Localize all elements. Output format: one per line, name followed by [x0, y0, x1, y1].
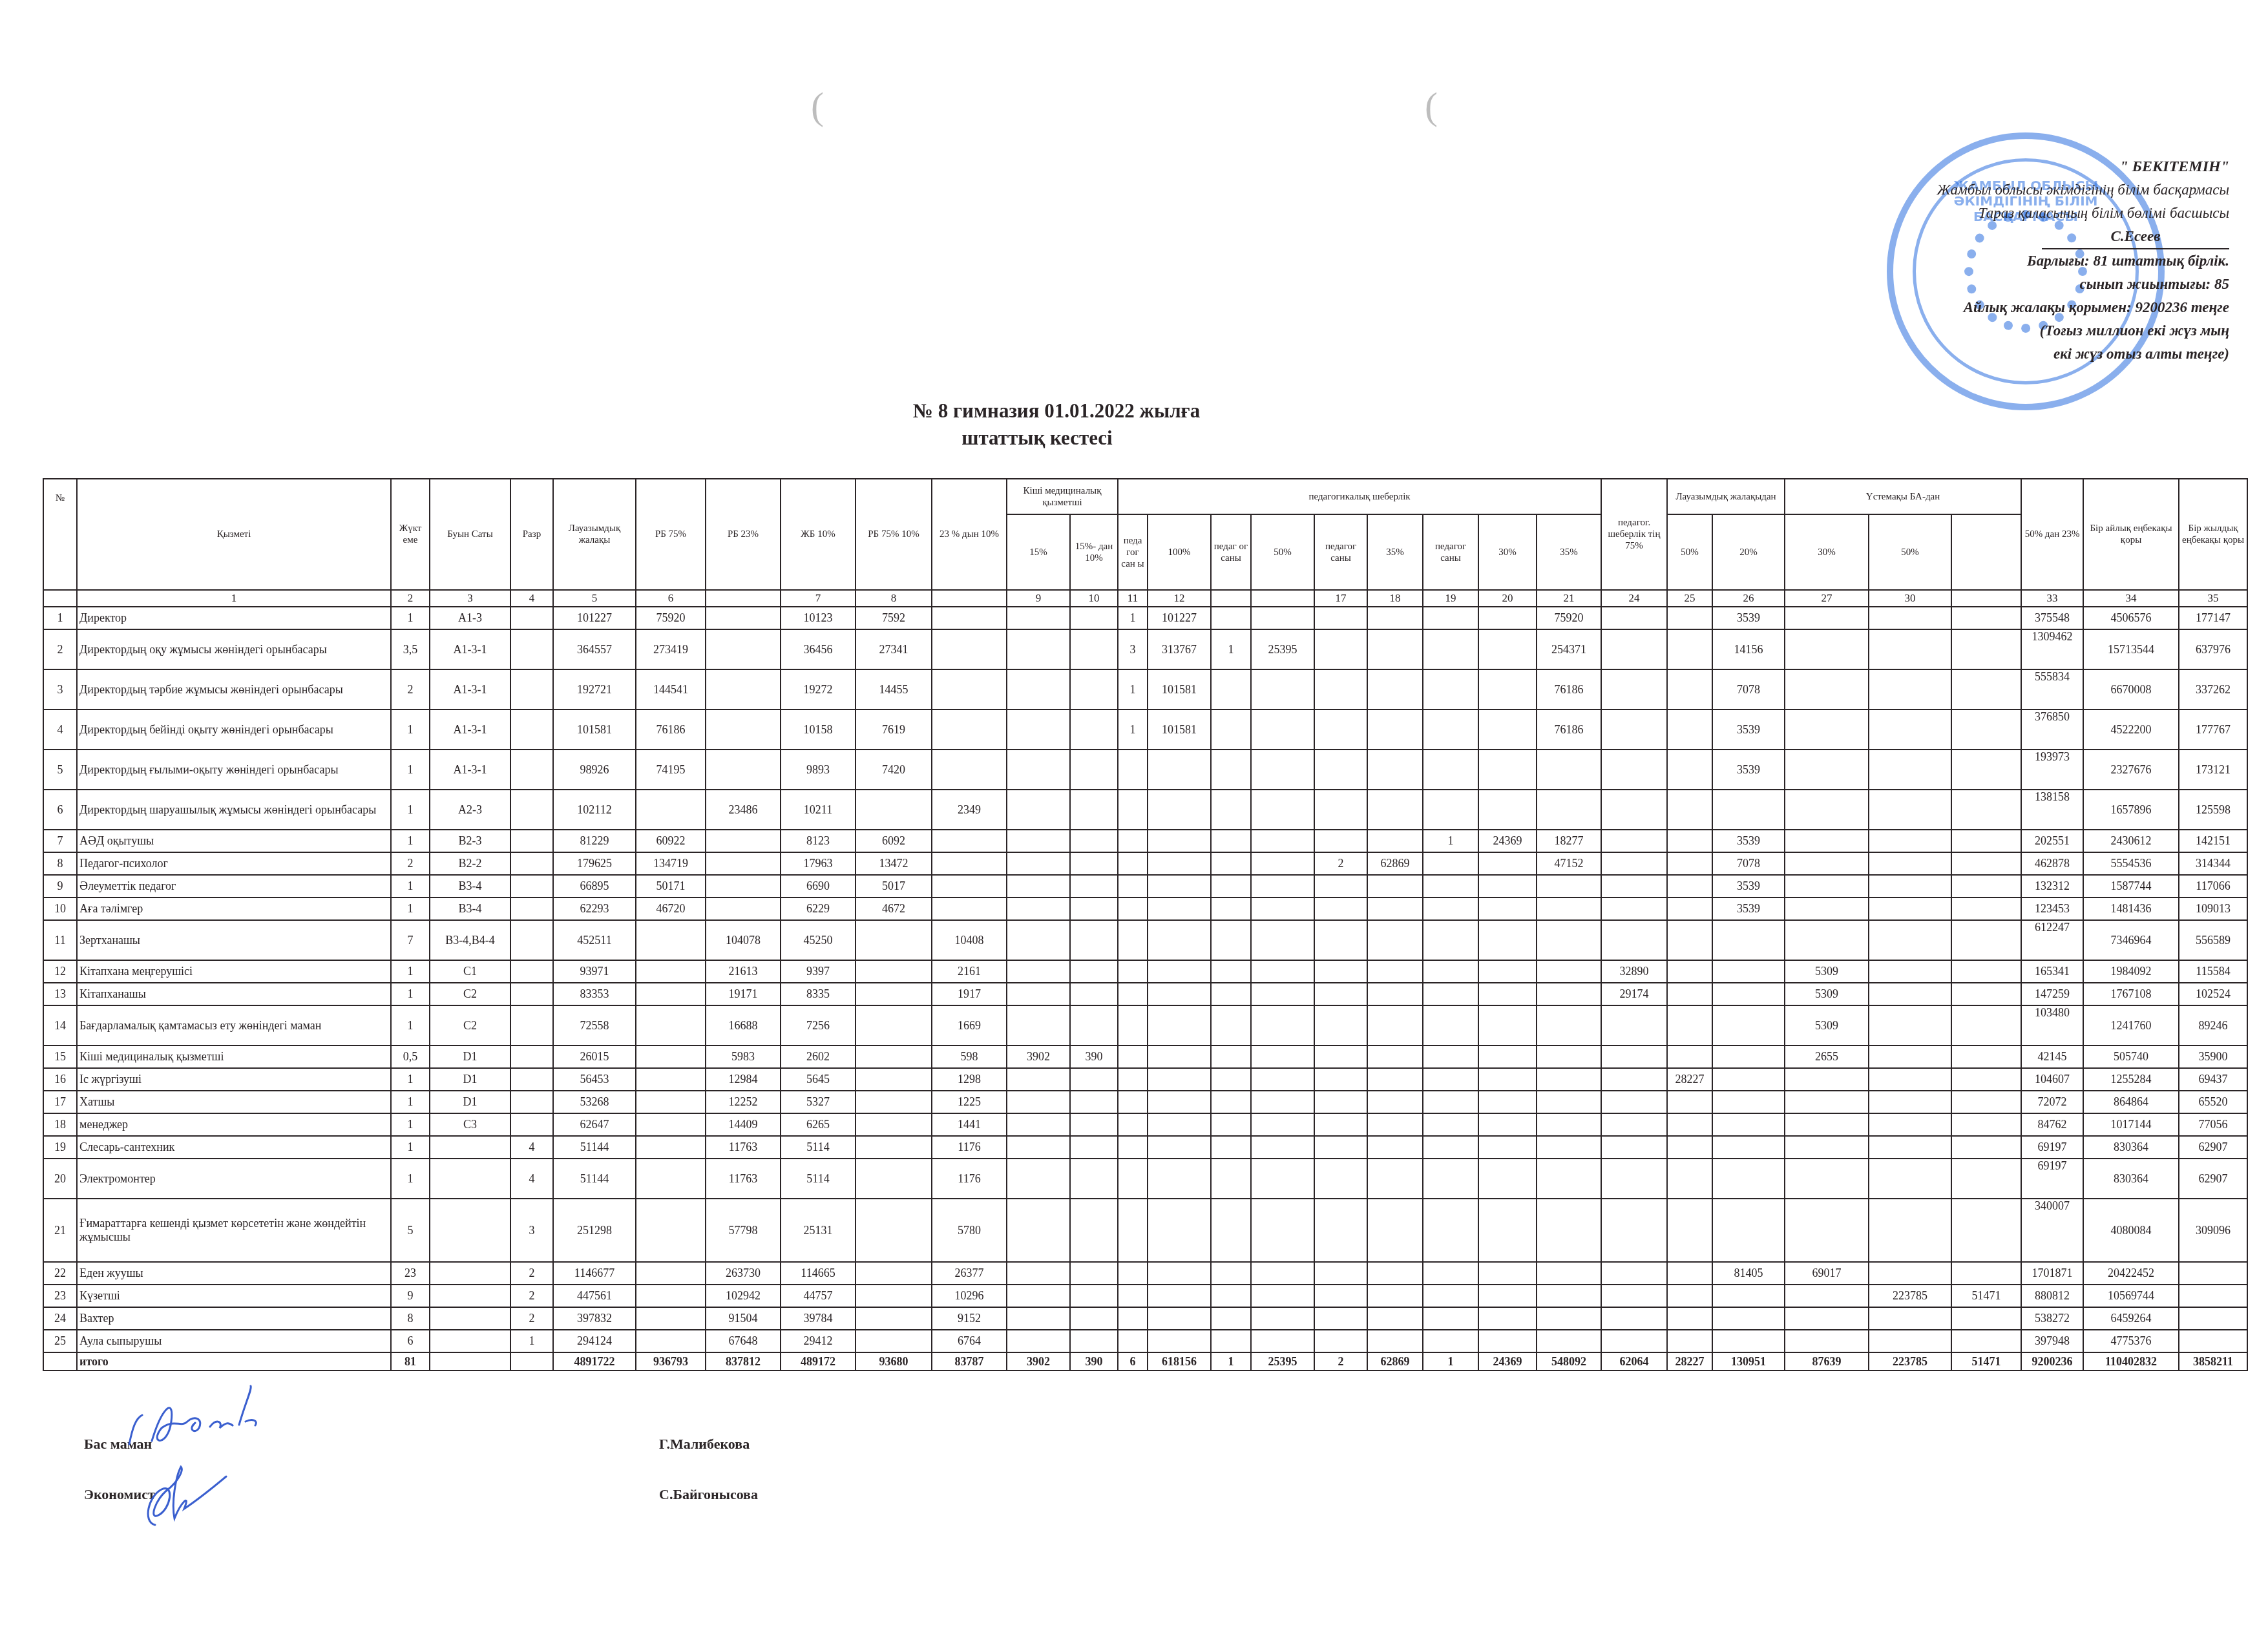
cell-salary: 102112	[553, 790, 636, 830]
cell-b30	[1785, 920, 1869, 960]
cell-pm35	[1367, 983, 1423, 1005]
cell-p23-10: 1176	[932, 1136, 1007, 1159]
cell-grade-step: С3	[430, 1113, 510, 1136]
total-from50-23: 51471	[1951, 1352, 2021, 1371]
cell-rb75-10	[856, 1330, 932, 1352]
cell-ped-count-d	[1423, 1136, 1478, 1159]
cell-monthly-fund: 612247	[2021, 920, 2083, 960]
cell-jm15	[1007, 750, 1070, 790]
total-pm100: 618156	[1148, 1352, 1211, 1371]
cell-b20	[1712, 1159, 1785, 1199]
cell-rank	[510, 983, 553, 1005]
cell-ped-count-a: 1	[1118, 669, 1148, 709]
cell-jb10: 6229	[781, 898, 856, 920]
cell-p23-10	[932, 750, 1007, 790]
cell-pm35	[1367, 1330, 1423, 1352]
cell-grade-step: D1	[430, 1091, 510, 1113]
table-row: 4Директордың бейінді оқыту жөніндегі оры…	[43, 709, 2247, 750]
cell-rank	[510, 898, 553, 920]
cell-pm50	[1251, 709, 1314, 750]
cell-from50-23	[1951, 920, 2021, 960]
cell-ped-count-b	[1211, 960, 1251, 983]
cell-ped-count-a	[1118, 898, 1148, 920]
cell-pm100	[1148, 852, 1211, 875]
cell-b30	[1785, 1113, 1869, 1136]
cell-annual-fund: 2430612	[2083, 830, 2179, 852]
cell-pm50	[1251, 669, 1314, 709]
cell-ps50	[1667, 830, 1712, 852]
table-row: 11Зертханашы7В3-4,В4-4452511104078452501…	[43, 920, 2247, 960]
cell-ped-count-d	[1423, 1307, 1478, 1330]
cell-no: 12	[43, 960, 77, 983]
cell-ped-count-c	[1314, 960, 1367, 983]
cell-ped-count-a	[1118, 830, 1148, 852]
table-row: 2Директордың оқу жұмысы жөніндегі орынба…	[43, 629, 2247, 669]
cell-p23-10	[932, 830, 1007, 852]
staffing-table: № Қызметі Жүкт еме Буын Саты Разр Лауазы…	[43, 478, 2248, 1371]
cell-load: 1	[391, 875, 430, 898]
cell-b20	[1712, 983, 1785, 1005]
cell-pm50	[1251, 920, 1314, 960]
table-body: 1234567891011121718192021242526273033343…	[43, 590, 2247, 1371]
cell-pm30	[1478, 852, 1537, 875]
col-header-rb23: РБ 23%	[706, 479, 781, 590]
cell-ps50	[1667, 790, 1712, 830]
column-number-cell	[1211, 590, 1251, 607]
cell-grade-step	[430, 1159, 510, 1199]
cell-ped-count-d	[1423, 790, 1478, 830]
column-number-cell: 9	[1007, 590, 1070, 607]
cell-from50-23	[1951, 1262, 2021, 1285]
cell-compensation: 309096	[2179, 1199, 2247, 1262]
cell-grade-step: С1	[430, 960, 510, 983]
cell-pm35	[1367, 1159, 1423, 1199]
cell-ps50	[1667, 750, 1712, 790]
cell-ped-count-a	[1118, 1136, 1148, 1159]
cell-rb23	[706, 875, 781, 898]
cell-ps35	[1601, 1159, 1667, 1199]
cell-ped-count-c	[1314, 1285, 1367, 1307]
table-row: 16Іс жүргізуші1D156453129845645129828227…	[43, 1068, 2247, 1091]
col-header-b20: 20%	[1712, 514, 1785, 590]
cell-from50-23	[1951, 983, 2021, 1005]
total-ped-count-b: 1	[1211, 1352, 1251, 1371]
cell-b20	[1712, 790, 1785, 830]
approval-line: Жамбыл облысы әкімдігінің білім басқарма…	[1777, 178, 2229, 202]
column-number-cell: 24	[1601, 590, 1667, 607]
cell-b50	[1869, 1307, 1951, 1330]
cell-p23-10: 26377	[932, 1262, 1007, 1285]
cell-ped-count-c	[1314, 830, 1367, 852]
cell-rank	[510, 960, 553, 983]
cell-grade-step: А1-3-1	[430, 669, 510, 709]
cell-ps35	[1601, 750, 1667, 790]
cell-pm50	[1251, 898, 1314, 920]
cell-rb23: 21613	[706, 960, 781, 983]
cell-annual-fund: 2327676	[2083, 750, 2179, 790]
cell-b30	[1785, 852, 1869, 875]
cell-rank: 2	[510, 1285, 553, 1307]
cell-pm100	[1148, 1005, 1211, 1045]
cell-load: 2	[391, 669, 430, 709]
cell-jb10: 10158	[781, 709, 856, 750]
cell-ps50	[1667, 1307, 1712, 1330]
cell-ps35	[1601, 898, 1667, 920]
cell-ps50	[1667, 1045, 1712, 1068]
cell-load: 6	[391, 1330, 430, 1352]
cell-ps35	[1601, 1091, 1667, 1113]
cell-salary: 56453	[553, 1068, 636, 1091]
cell-no: 1	[43, 607, 77, 629]
cell-pm100	[1148, 875, 1211, 898]
cell-b20	[1712, 1113, 1785, 1136]
table-row: 7АӘД оқытушы1В2-381229609228123609212436…	[43, 830, 2247, 852]
cell-ped75	[1537, 1199, 1601, 1262]
cell-ps50	[1667, 920, 1712, 960]
cell-rb75: 76186	[636, 709, 706, 750]
cell-b50	[1869, 1068, 1951, 1091]
cell-monthly-fund: 376850	[2021, 709, 2083, 750]
cell-rb75-10	[856, 1136, 932, 1159]
cell-jm15-10	[1070, 750, 1118, 790]
cell-no: 21	[43, 1199, 77, 1262]
cell-jb10: 19272	[781, 669, 856, 709]
cell-from50-23	[1951, 1199, 2021, 1262]
cell-jm15	[1007, 1068, 1070, 1091]
cell-annual-fund: 864864	[2083, 1091, 2179, 1113]
cell-b20: 14156	[1712, 629, 1785, 669]
cell-ps35	[1601, 1045, 1667, 1068]
cell-ped75: 76186	[1537, 669, 1601, 709]
table-row: 24Вахтер82397832915043978491525382726459…	[43, 1307, 2247, 1330]
cell-ped-count-a	[1118, 1285, 1148, 1307]
cell-jm15	[1007, 1199, 1070, 1262]
cell-ped-count-a	[1118, 1068, 1148, 1091]
total-jm15-10: 390	[1070, 1352, 1118, 1371]
cell-p23-10: 1225	[932, 1091, 1007, 1113]
cell-jb10: 29412	[781, 1330, 856, 1352]
cell-ped-count-b	[1211, 1262, 1251, 1285]
total-load: 81	[391, 1352, 430, 1371]
cell-b30	[1785, 709, 1869, 750]
cell-ps50	[1667, 1159, 1712, 1199]
cell-ped-count-b	[1211, 709, 1251, 750]
cell-jb10: 5327	[781, 1091, 856, 1113]
cell-ped-count-c	[1314, 920, 1367, 960]
cell-jm15	[1007, 1136, 1070, 1159]
cell-position: Слесарь-сантехник	[77, 1136, 391, 1159]
cell-ped75	[1537, 790, 1601, 830]
cell-grade-step: А1-3-1	[430, 629, 510, 669]
cell-rank	[510, 750, 553, 790]
cell-jm15	[1007, 709, 1070, 750]
cell-jb10: 10211	[781, 790, 856, 830]
cell-pm50	[1251, 1330, 1314, 1352]
cell-ps50	[1667, 1113, 1712, 1136]
col-header-pm35: 35%	[1367, 514, 1423, 590]
cell-jb10: 2602	[781, 1045, 856, 1068]
cell-ped-count-a	[1118, 1262, 1148, 1285]
cell-ps35	[1601, 607, 1667, 629]
cell-monthly-fund: 555834	[2021, 669, 2083, 709]
cell-ps35	[1601, 852, 1667, 875]
total-jm15: 3902	[1007, 1352, 1070, 1371]
cell-pm50	[1251, 1045, 1314, 1068]
total-rank	[510, 1352, 553, 1371]
total-jb10: 489172	[781, 1352, 856, 1371]
cell-ped-count-d	[1423, 607, 1478, 629]
cell-ped-count-c	[1314, 607, 1367, 629]
cell-rb75: 50171	[636, 875, 706, 898]
cell-load: 1	[391, 790, 430, 830]
cell-position: Вахтер	[77, 1307, 391, 1330]
cell-jb10: 5114	[781, 1159, 856, 1199]
total-no	[43, 1352, 77, 1371]
total-b30: 87639	[1785, 1352, 1869, 1371]
cell-salary: 51144	[553, 1159, 636, 1199]
cell-rb75	[636, 1068, 706, 1091]
total-ps35: 62064	[1601, 1352, 1667, 1371]
cell-p23-10: 9152	[932, 1307, 1007, 1330]
cell-annual-fund: 6670008	[2083, 669, 2179, 709]
cell-from50-23	[1951, 1068, 2021, 1091]
cell-rb75	[636, 1330, 706, 1352]
cell-b50	[1869, 607, 1951, 629]
cell-ped75	[1537, 1136, 1601, 1159]
cell-from50-23	[1951, 790, 2021, 830]
cell-b50	[1869, 790, 1951, 830]
cell-pm50	[1251, 1068, 1314, 1091]
cell-rb75-10	[856, 920, 932, 960]
cell-jm15-10	[1070, 1068, 1118, 1091]
cell-ped-count-d	[1423, 1199, 1478, 1262]
cell-pm30	[1478, 790, 1537, 830]
table-row: 22Еден жуушы2321146677263730114665263778…	[43, 1262, 2247, 1285]
cell-pm30	[1478, 1005, 1537, 1045]
cell-jm15-10	[1070, 607, 1118, 629]
cell-jm15	[1007, 790, 1070, 830]
cell-ped-count-d	[1423, 629, 1478, 669]
cell-grade-step: D1	[430, 1068, 510, 1091]
cell-b30: 5309	[1785, 983, 1869, 1005]
cell-jm15	[1007, 669, 1070, 709]
cell-grade-step	[430, 1330, 510, 1352]
cell-annual-fund: 505740	[2083, 1045, 2179, 1068]
cell-position: Бағдарламалық қамтамасыз ету жөніндегі м…	[77, 1005, 391, 1045]
cell-ped-count-b	[1211, 669, 1251, 709]
cell-p23-10: 1176	[932, 1159, 1007, 1199]
cell-ped-count-b	[1211, 790, 1251, 830]
column-number-cell: 7	[781, 590, 856, 607]
cell-rank	[510, 607, 553, 629]
cell-b50	[1869, 898, 1951, 920]
cell-ped75	[1537, 1091, 1601, 1113]
cell-jm15	[1007, 1262, 1070, 1285]
cell-position: Педагог-психолог	[77, 852, 391, 875]
cell-rb23	[706, 607, 781, 629]
cell-ped-count-b	[1211, 1307, 1251, 1330]
cell-pm35	[1367, 709, 1423, 750]
cell-pm100: 313767	[1148, 629, 1211, 669]
col-group-position-salary: Лауазымдық жалақыдан	[1667, 479, 1785, 514]
cell-monthly-fund: 147259	[2021, 983, 2083, 1005]
col-group-ped-mastery: педагогикалық шеберлік	[1118, 479, 1601, 514]
cell-jm15-10	[1070, 629, 1118, 669]
cell-pm35	[1367, 1005, 1423, 1045]
cell-compensation: 125598	[2179, 790, 2247, 830]
cell-rb23: 91504	[706, 1307, 781, 1330]
cell-ps50	[1667, 1091, 1712, 1113]
table-row: 21Ғимараттарға кешенді қызмет көрсететін…	[43, 1199, 2247, 1262]
cell-no: 22	[43, 1262, 77, 1285]
cell-p23-10	[932, 898, 1007, 920]
cell-ped-count-a	[1118, 750, 1148, 790]
cell-rb75: 273419	[636, 629, 706, 669]
cell-pm100	[1148, 1285, 1211, 1307]
cell-b20: 3539	[1712, 607, 1785, 629]
total-salary: 4891722	[553, 1352, 636, 1371]
cell-rank: 3	[510, 1199, 553, 1262]
cell-pm35	[1367, 875, 1423, 898]
cell-ps50	[1667, 875, 1712, 898]
cell-ped-count-c	[1314, 750, 1367, 790]
cell-annual-fund: 4080084	[2083, 1199, 2179, 1262]
col-header-from50-23: 50% дан 23%	[2021, 479, 2083, 590]
cell-from50-23: 51471	[1951, 1285, 2021, 1307]
cell-p23-10	[932, 629, 1007, 669]
cell-annual-fund: 1017144	[2083, 1113, 2179, 1136]
cell-pm50	[1251, 1091, 1314, 1113]
cell-b50	[1869, 960, 1951, 983]
col-header-monthly-fund: Бір айлық еңбекақы қоры	[2083, 479, 2179, 590]
cell-p23-10: 6764	[932, 1330, 1007, 1352]
column-number-cell: 30	[1869, 590, 1951, 607]
cell-load: 1	[391, 960, 430, 983]
cell-pm50	[1251, 790, 1314, 830]
cell-ped-count-c	[1314, 1307, 1367, 1330]
cell-ped-count-c	[1314, 875, 1367, 898]
cell-ps50	[1667, 983, 1712, 1005]
column-number-cell: 18	[1367, 590, 1423, 607]
cell-ped-count-c	[1314, 629, 1367, 669]
cell-rb75-10	[856, 960, 932, 983]
cell-pm35	[1367, 1262, 1423, 1285]
cell-ps50	[1667, 898, 1712, 920]
cell-ps50	[1667, 1005, 1712, 1045]
cell-salary: 72558	[553, 1005, 636, 1045]
column-number-cell	[1251, 590, 1314, 607]
approval-block: " БЕКІТЕМІН" Жамбыл облысы әкімдігінің б…	[1777, 155, 2229, 366]
table-row: 15Кіші медициналық қызметші0,5D126015598…	[43, 1045, 2247, 1068]
cell-rb75-10: 6092	[856, 830, 932, 852]
cell-salary: 251298	[553, 1199, 636, 1262]
cell-ped-count-b	[1211, 1068, 1251, 1091]
cell-b20: 3539	[1712, 875, 1785, 898]
cell-p23-10: 2349	[932, 790, 1007, 830]
cell-pm50	[1251, 1136, 1314, 1159]
cell-pm100	[1148, 1091, 1211, 1113]
cell-monthly-fund: 103480	[2021, 1005, 2083, 1045]
cell-ped75	[1537, 750, 1601, 790]
cell-ped-count-d	[1423, 1330, 1478, 1352]
cell-annual-fund: 20422452	[2083, 1262, 2179, 1285]
cell-ped-count-c	[1314, 1262, 1367, 1285]
cell-pm35	[1367, 1199, 1423, 1262]
cell-rb23: 23486	[706, 790, 781, 830]
cell-rb23: 19171	[706, 983, 781, 1005]
cell-pm50	[1251, 830, 1314, 852]
cell-b50	[1869, 1159, 1951, 1199]
cell-grade-step: В2-2	[430, 852, 510, 875]
cell-load: 1	[391, 1068, 430, 1091]
scan-mark: (	[1425, 84, 1438, 129]
cell-ped75	[1537, 1113, 1601, 1136]
total-ps50: 28227	[1667, 1352, 1712, 1371]
cell-b30	[1785, 830, 1869, 852]
cell-load: 1	[391, 750, 430, 790]
cell-jm15	[1007, 1330, 1070, 1352]
cell-rb75-10	[856, 1005, 932, 1045]
cell-rb75	[636, 1285, 706, 1307]
cell-ps35	[1601, 1199, 1667, 1262]
cell-load: 1	[391, 898, 430, 920]
col-header-salary: Лауазымдық жалақы	[553, 479, 636, 590]
cell-b20	[1712, 1068, 1785, 1091]
cell-annual-fund: 1481436	[2083, 898, 2179, 920]
cell-load: 0,5	[391, 1045, 430, 1068]
cell-from50-23	[1951, 830, 2021, 852]
cell-rb75-10: 13472	[856, 852, 932, 875]
cell-position: Хатшы	[77, 1091, 391, 1113]
cell-ped75	[1537, 1159, 1601, 1199]
cell-ped75	[1537, 920, 1601, 960]
cell-pm50	[1251, 750, 1314, 790]
cell-b30	[1785, 629, 1869, 669]
cell-monthly-fund: 123453	[2021, 898, 2083, 920]
cell-b50	[1869, 669, 1951, 709]
cell-ped-count-a	[1118, 1330, 1148, 1352]
cell-rb75	[636, 1045, 706, 1068]
cell-ped75	[1537, 1005, 1601, 1045]
cell-pm100	[1148, 1307, 1211, 1330]
cell-rank	[510, 920, 553, 960]
cell-from50-23	[1951, 1330, 2021, 1352]
cell-grade-step: А2-3	[430, 790, 510, 830]
cell-ps35	[1601, 1136, 1667, 1159]
cell-salary: 83353	[553, 983, 636, 1005]
cell-jb10: 10123	[781, 607, 856, 629]
cell-b20	[1712, 1285, 1785, 1307]
cell-rb75-10	[856, 1091, 932, 1113]
approval-line: екі жүз отыз алты теңге)	[1777, 342, 2229, 366]
cell-ped-count-d	[1423, 669, 1478, 709]
cell-jb10: 9397	[781, 960, 856, 983]
cell-ped-count-d: 1	[1423, 830, 1478, 852]
cell-jb10: 5645	[781, 1068, 856, 1091]
cell-pm100	[1148, 790, 1211, 830]
cell-rb75: 60922	[636, 830, 706, 852]
cell-pm50	[1251, 1199, 1314, 1262]
cell-ped-count-d	[1423, 750, 1478, 790]
cell-b30	[1785, 669, 1869, 709]
total-ped-count-d: 1	[1423, 1352, 1478, 1371]
cell-pm35: 62869	[1367, 852, 1423, 875]
cell-pm100	[1148, 1045, 1211, 1068]
cell-grade-step	[430, 1285, 510, 1307]
cell-rb75-10	[856, 1285, 932, 1307]
cell-from50-23	[1951, 898, 2021, 920]
cell-jb10: 6690	[781, 875, 856, 898]
